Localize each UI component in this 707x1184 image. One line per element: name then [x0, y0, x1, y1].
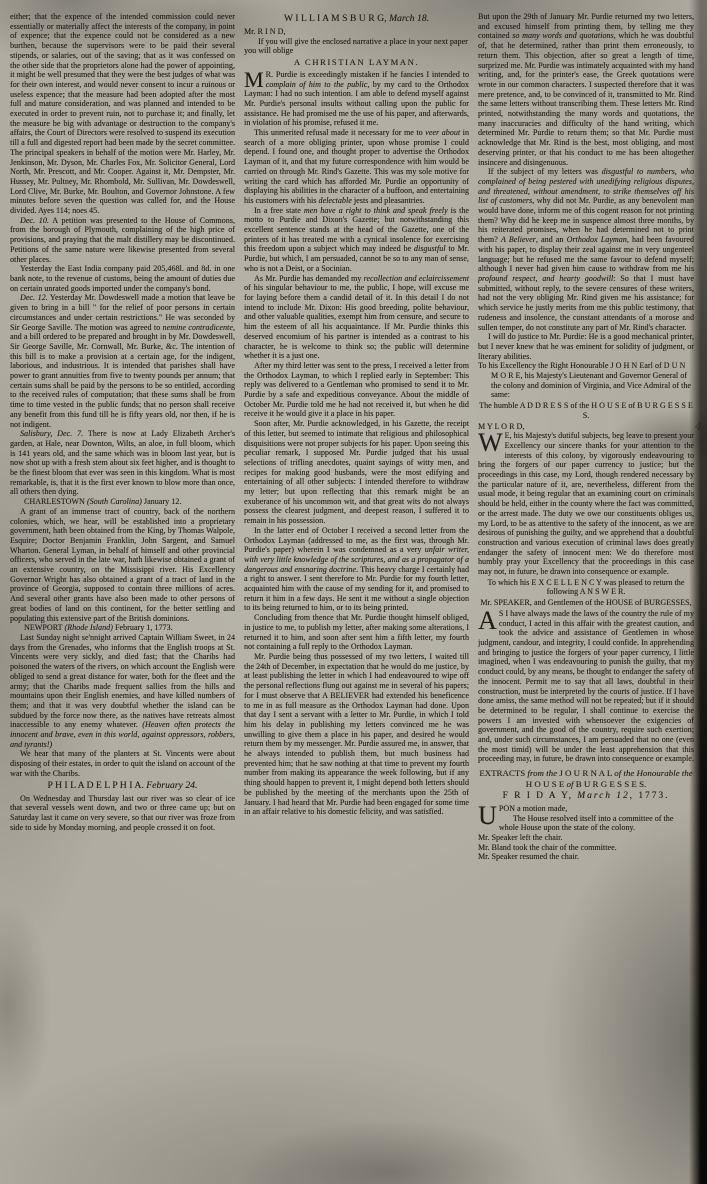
journal-date-heading: F R I D A Y, March 12, 1773.	[478, 792, 694, 802]
fifth-letter-paragraph: Concluding from thence that Mr. Purdie t…	[244, 613, 469, 652]
layman-narrative-opening: MR. Purdie is exceedingly mistaken if he…	[244, 70, 469, 128]
journal-bland-chair-line: Mr. Bland took the chair of the committe…	[478, 843, 694, 853]
second-orthodox-letter-paragraph: In the latter end of October I received …	[244, 526, 469, 613]
salisbury-aloe-paragraph: Salisbury, Dec. 7. There is now at Lady …	[10, 429, 235, 497]
column-left: either; that the expence of the intended…	[10, 12, 235, 1178]
dunmore-address-heading: To his Excellency the Right Honourable J…	[478, 361, 694, 400]
speaker-salutation-heading: Mr. SPEAKER, and Gentlemen of the HOUSE …	[478, 598, 694, 608]
cover-note-paragraph: If you will give the enclosed narrative …	[244, 37, 469, 56]
dropcap-letter: U	[478, 804, 499, 826]
waiting-december-paragraph: Mr. Purdie being thus possessed of my tw…	[244, 652, 469, 817]
frozen-river-paragraph: On Wednesday and Thursday last our river…	[10, 794, 235, 833]
planters-quitting-paragraph: We hear that many of the planters at St.…	[10, 749, 235, 778]
london-parliament-report: either; that the expence of the intended…	[10, 12, 235, 216]
journal-speaker-left-line: Mr. Speaker left the chair.	[478, 833, 694, 843]
journal-committee-line: The House resolved itself into a committ…	[478, 814, 694, 833]
salutation-my-lord: M Y L O R D,	[478, 422, 694, 432]
eclaircissement-paragraph: As Mr. Purdie has demanded my recollecti…	[244, 274, 469, 361]
unmerited-refusal-paragraph: This unmerited refusal made it necessary…	[244, 128, 469, 206]
free-state-motto-paragraph: In a free state men have a right to thin…	[244, 206, 469, 274]
dropcap-letter: A	[478, 609, 499, 631]
justice-to-purdie-paragraph: I will do justice to Mr. Purdie: He is a…	[478, 332, 694, 361]
poor-relief-bill-paragraph: Dec. 12. Yesterday Mr. Dowdeswell made a…	[10, 293, 235, 429]
dropcap-letter: M	[244, 70, 266, 89]
heading-philadelphia: P H I L A D E L P H I A. February 24.	[10, 780, 235, 792]
column-right: But upon the 29th of January Mr. Purdie …	[478, 12, 694, 1178]
column-middle: W I L L I A M S B U R G, March 18.Mr. R …	[244, 12, 469, 1178]
heading-williamsburg: W I L L I A M S B U R G, March 18.	[244, 13, 469, 25]
salutation-mr-rind: Mr. R I N D,	[244, 27, 469, 37]
dateline-newport: NEWPORT (Rhode Island) February 1, 1773.	[10, 623, 235, 633]
newspaper-page: either; that the expence of the intended…	[0, 0, 707, 1184]
st-vincents-charibs-paragraph: Last Sunday night se'nnight arrived Capt…	[10, 633, 235, 749]
burgesses-address-body: WE, his Majesty's dutiful subjects, beg …	[478, 431, 694, 577]
handwritten-mark: 4	[694, 419, 704, 433]
dateline-charlestown: CHARLESTOWN (South Carolina) January 12.	[10, 497, 235, 507]
land-grants-paragraph: A grant of an immense tract of country, …	[10, 507, 235, 623]
signature-christian-layman: A CHRISTIAN LAYMAN.	[244, 58, 469, 68]
plymouth-petition-paragraph: Dec. 10. A petition was presented to the…	[10, 216, 235, 265]
dunmore-answer-body: AS I have always made the laws of the co…	[478, 609, 694, 764]
journal-motion-line: UPON a motion made,	[478, 804, 694, 814]
gazette-receipt-paragraph: Soon after, Mr. Purdie acknowledged, in …	[244, 419, 469, 526]
dropcap-letter: W	[478, 431, 505, 453]
journal-extracts-heading: EXTRACTS from the J O U R N A L of the H…	[478, 768, 694, 789]
humble-address-heading: The humble A D D R E S S of the H O U S …	[478, 401, 694, 420]
letters-returned-paragraph: But upon the 29th of January Mr. Purdie …	[478, 12, 694, 167]
third-letter-paragraph: After my third letter was sent to the pr…	[244, 361, 469, 419]
journal-speaker-resumed-line: Mr. Speaker resumed the chair.	[478, 852, 694, 862]
column-layout: either; that the expence of the intended…	[10, 12, 694, 1178]
disgustful-to-numbers-paragraph: If the subject of my letters was disgust…	[478, 167, 694, 332]
answer-heading: To which his E X C E L L E N C Y was ple…	[478, 578, 694, 597]
east-india-customs-paragraph: Yesterday the East India company paid 20…	[10, 264, 235, 293]
